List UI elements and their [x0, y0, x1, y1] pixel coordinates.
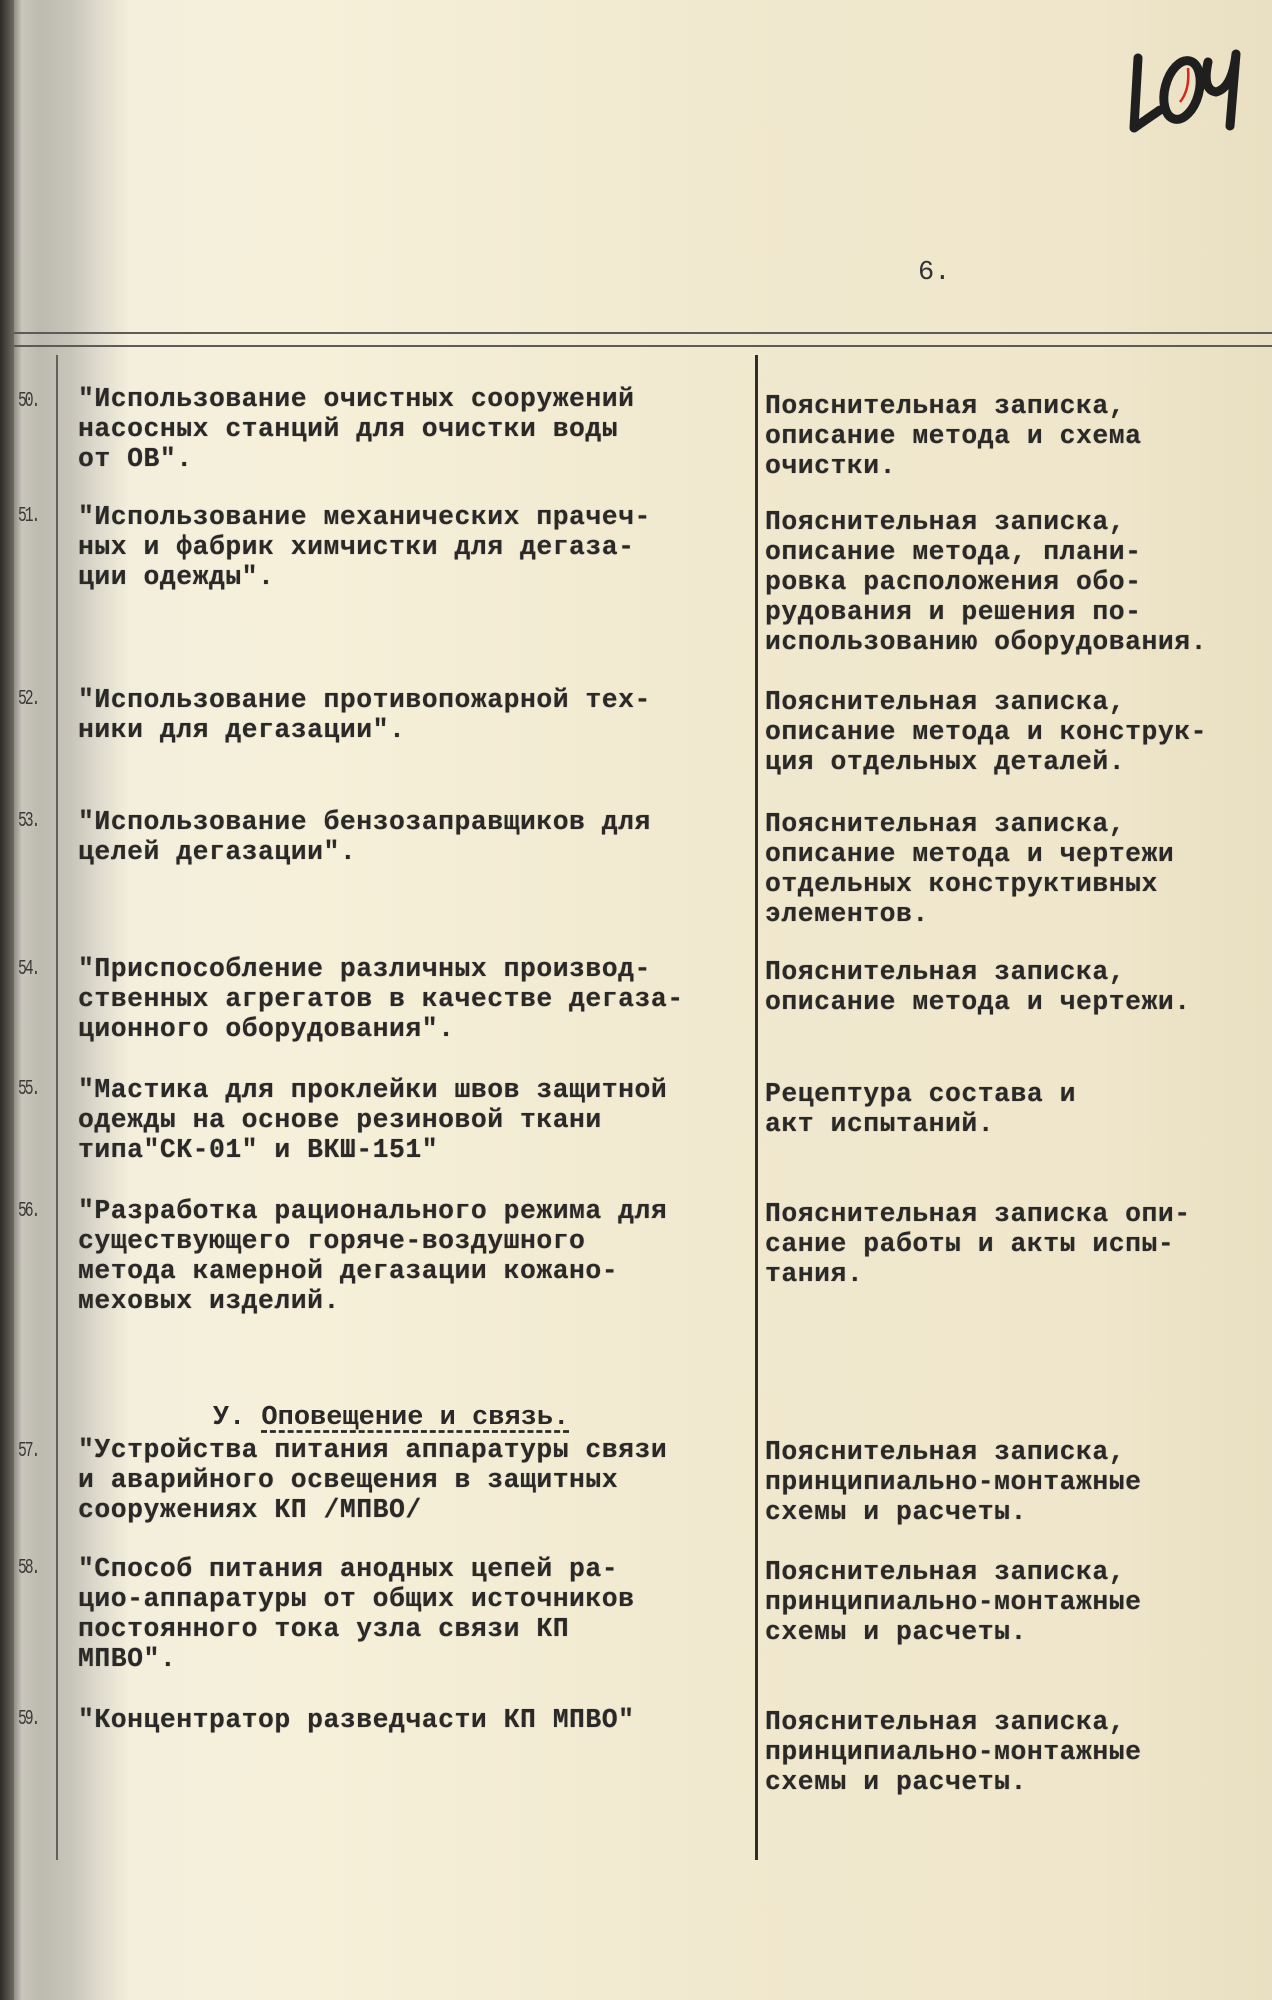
row-title: "Мастика для проклейки швов защитной оде… [78, 1076, 667, 1166]
row-number: 51. [18, 505, 43, 528]
row-number: 50. [18, 390, 43, 413]
row-materials: Пояснительная записка, принципиально-мон… [765, 1558, 1141, 1648]
column-divider [755, 355, 758, 1860]
document-page: 6. 50. "Использование очистных сооружени… [0, 0, 1272, 2000]
row-materials: Пояснительная записка, описание метода и… [765, 392, 1141, 482]
page-number: 6. [918, 258, 950, 288]
row-materials: Пояснительная записка, описание метода и… [765, 810, 1174, 930]
row-title: "Устройства питания аппаратуры связи и а… [78, 1436, 667, 1526]
row-materials: Пояснительная записка, принципиально-мон… [765, 1708, 1141, 1798]
row-materials: Пояснительная записка, описание метода, … [765, 508, 1207, 658]
row-materials: Пояснительная записка, описание метода и… [765, 688, 1207, 778]
row-number: 54. [18, 958, 43, 981]
header-rule-bottom [14, 345, 1272, 347]
row-title: "Концентратор разведчасти КП МПВО" [78, 1706, 635, 1736]
row-title: "Использование бензозаправщиков для целе… [78, 808, 651, 868]
handwritten-folio-number [1120, 40, 1260, 140]
row-materials: Пояснительная записка, принципиально-мон… [765, 1438, 1141, 1528]
row-title: "Использование противопожарной тех- ники… [78, 686, 651, 746]
number-column-line [56, 355, 58, 1860]
row-number: 55. [18, 1078, 43, 1101]
row-title: "Способ питания анодных цепей ра- цио-ап… [78, 1555, 635, 1675]
header-rule-top [14, 332, 1272, 334]
row-number: 59. [18, 1708, 43, 1731]
row-number: 52. [18, 688, 43, 711]
row-title: "Приспособление различных производ- стве… [78, 955, 684, 1045]
binding-edge [0, 0, 14, 2000]
row-materials: Рецептура состава и акт испытаний. [765, 1080, 1076, 1140]
section-title: Оповещение и связь. [261, 1403, 569, 1433]
row-materials: Пояснительная записка опи- сание работы … [765, 1200, 1191, 1290]
row-materials: Пояснительная записка, описание метода и… [765, 958, 1191, 1018]
row-number: 57. [18, 1440, 43, 1463]
row-title: "Использование очистных сооружений насос… [78, 385, 635, 475]
row-number: 58. [18, 1557, 43, 1580]
row-number: 56. [18, 1200, 43, 1223]
row-title: "Разработка рационального режима для сущ… [78, 1197, 667, 1317]
section-numeral: У. [213, 1403, 262, 1433]
row-number: 53. [18, 810, 43, 833]
row-title: "Использование механических прачеч- ных … [78, 503, 651, 593]
